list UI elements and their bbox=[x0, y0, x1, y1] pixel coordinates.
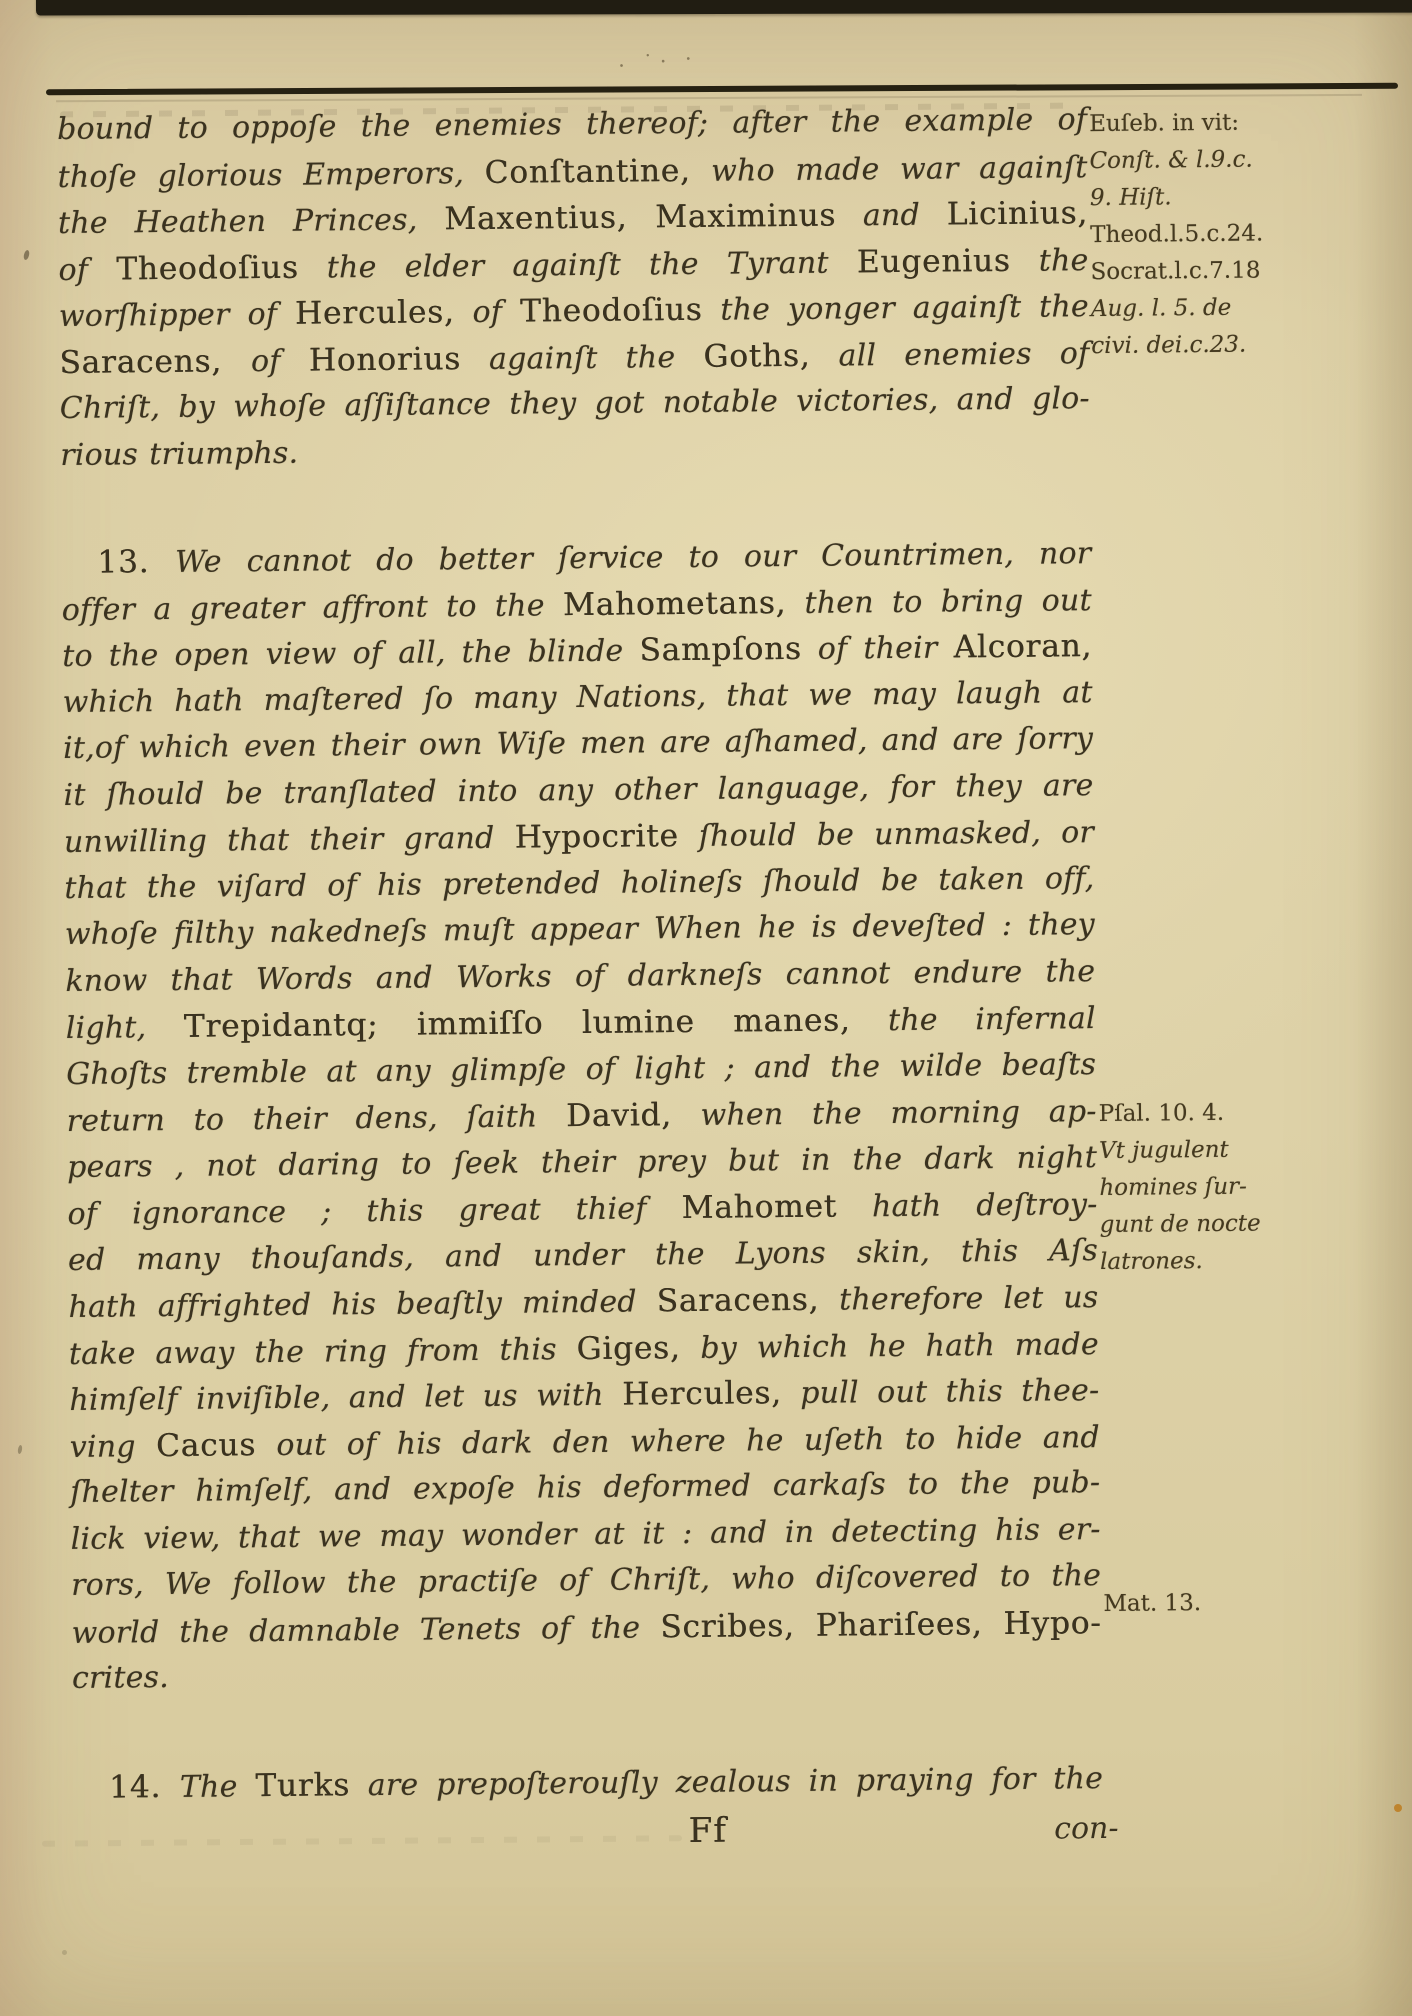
text-segment: hath affrighted his beaſtly minded bbox=[68, 1284, 657, 1325]
text-segment: the infernal bbox=[850, 1001, 1096, 1038]
text-segment: Hypocrite bbox=[514, 818, 678, 856]
text-segment: David, bbox=[566, 1097, 672, 1134]
margin-note-line: Aug. l. 5. de bbox=[1091, 288, 1391, 328]
text-segment: himſelf inviſible, and let us with bbox=[69, 1378, 622, 1418]
text-segment: againſt the bbox=[461, 339, 704, 376]
text-segment: hath deſtroy- bbox=[837, 1187, 1098, 1224]
margin-note-line: Pſal. 10. 4. bbox=[1098, 1093, 1398, 1133]
text-segment: worſhipper of bbox=[59, 297, 295, 334]
margin-note-line: Mat. 13. bbox=[1103, 1583, 1403, 1623]
page-top-edge-bar bbox=[36, 0, 1412, 15]
page-content: bound to oppoſe the enemies thereof; aft… bbox=[57, 99, 1407, 2012]
margin-note: Pſal. 10. 4.Vt jugulenthomines ſur-gunt … bbox=[1098, 1093, 1400, 1281]
text-segment: Sampſons bbox=[639, 631, 802, 669]
text-segment: ſhould be unmasked, or bbox=[679, 815, 1095, 854]
text-segment: and bbox=[836, 197, 947, 233]
text-segment: all enemies of bbox=[810, 336, 1089, 374]
text-segment: offer a greater affront to the bbox=[62, 588, 564, 628]
text-segment: then to bring out bbox=[786, 583, 1092, 621]
text-segment: Trepidantq; immiſſo lumine manes, bbox=[184, 1002, 851, 1044]
text-segment: Scribes, Phariſees, Hypo- bbox=[660, 1605, 1102, 1645]
text-segment: Turks bbox=[255, 1767, 350, 1804]
margin-note-line: Conſt. & l.9.c. bbox=[1089, 140, 1389, 180]
text-segment: Theodoſius bbox=[520, 292, 703, 330]
margin-note-line: latrones. bbox=[1100, 1241, 1400, 1281]
text-segment: the yonger againſt the bbox=[702, 289, 1089, 328]
margin-note: Euſeb. in vit:Conſt. & l.9.c.9. Hiſt.The… bbox=[1089, 103, 1391, 365]
text-segment: Licinius, bbox=[946, 195, 1088, 232]
text-segment: the Heathen Princes, bbox=[58, 202, 444, 241]
text-segment: We cannot do better ſervice to our Count… bbox=[175, 536, 1091, 580]
margin-note-line: gunt de nocte bbox=[1100, 1204, 1400, 1244]
text-line: rious triumphs. bbox=[60, 428, 1090, 484]
text-segment: world the damnable Tenets of the bbox=[71, 1610, 660, 1651]
text-segment: Saracens, bbox=[59, 343, 251, 381]
text-segment: Mahometans, bbox=[563, 585, 787, 623]
text-segment: 13. bbox=[97, 544, 175, 581]
text-segment: who made war againſt bbox=[690, 150, 1087, 189]
text-segment: of bbox=[58, 252, 116, 288]
margin-note-line: Vt jugulent bbox=[1099, 1130, 1399, 1170]
text-segment: light, bbox=[66, 1010, 184, 1046]
book-page-scan: · ˙· · bound to oppoſe the enemies there… bbox=[0, 0, 1412, 2016]
text-segment: rious triumphs. bbox=[60, 435, 298, 472]
text-segment: 14. bbox=[109, 1769, 180, 1806]
text-segment: of their bbox=[802, 630, 954, 666]
text-segment: Saracens, bbox=[656, 1282, 819, 1320]
text-line: crites. bbox=[72, 1651, 1102, 1707]
text-segment: ving bbox=[70, 1429, 157, 1465]
text-segment: Alcoran, bbox=[953, 628, 1092, 665]
header-rule bbox=[46, 83, 1398, 96]
text-segment: of bbox=[251, 343, 309, 379]
margin-note-line: homines ſur- bbox=[1099, 1167, 1399, 1207]
text-segment: when the morning ap- bbox=[672, 1094, 1097, 1133]
text-segment: of ignorance ; this great thief bbox=[67, 1191, 681, 1232]
text-segment: pull out this thee- bbox=[782, 1373, 1100, 1411]
margin-note: Mat. 13. bbox=[1103, 1583, 1403, 1623]
text-segment: take away the ring from this bbox=[69, 1332, 577, 1372]
text-segment: return to their dens, ſaith bbox=[67, 1099, 567, 1139]
ink-speck bbox=[62, 1950, 67, 1955]
text-segment: unwilling that their grand bbox=[64, 821, 515, 860]
ink-speck bbox=[17, 1445, 23, 1455]
margin-notes-column: Euſeb. in vit:Conſt. & l.9.c.9. Hiſt.The… bbox=[1089, 99, 1389, 102]
text-segment: of bbox=[454, 295, 520, 331]
signature-mark: Ff bbox=[688, 1811, 727, 1851]
text-segment: Honorius bbox=[309, 341, 462, 378]
text-segment: Theodoſius bbox=[116, 249, 299, 287]
text-segment: Mahomet bbox=[681, 1189, 837, 1226]
text-segment: Conſtantine, bbox=[484, 152, 690, 190]
text-segment: the elder againſt the Tyrant bbox=[299, 245, 857, 285]
text-segment: by which he hath made bbox=[680, 1327, 1099, 1366]
text-segment: to the open view of all, the blinde bbox=[62, 633, 640, 674]
text-segment: Hercules, bbox=[295, 294, 455, 332]
text-segment: the bbox=[1010, 243, 1088, 279]
margin-note-line: Euſeb. in vit: bbox=[1089, 103, 1389, 143]
paragraph: bound to oppoſe the enemies thereof; aft… bbox=[57, 102, 1091, 484]
text-segment: Goths, bbox=[703, 337, 810, 374]
main-text-column: bound to oppoſe the enemies thereof; aft… bbox=[57, 102, 1105, 2012]
text-segment: Hercules, bbox=[622, 1375, 782, 1413]
catchword: con- bbox=[1054, 1811, 1119, 1847]
margin-note-line: civi. dei.c.23. bbox=[1091, 325, 1391, 365]
margin-note-line: Theod.l.5.c.24. bbox=[1090, 214, 1390, 254]
margin-note-line: Socrat.l.c.7.18 bbox=[1090, 251, 1390, 291]
text-segment: bound to oppoſe the enemies thereof; aft… bbox=[57, 102, 1087, 147]
paragraph: 13. We cannot do better ſervice to our C… bbox=[61, 535, 1102, 1707]
text-segment: Cacus bbox=[156, 1427, 256, 1464]
margin-note-line: 9. Hiſt. bbox=[1090, 177, 1390, 217]
text-segment: crites. bbox=[72, 1660, 169, 1696]
ink-bleed-dots: · ˙· · bbox=[617, 46, 699, 78]
text-segment: therefore let us bbox=[819, 1280, 1099, 1318]
ink-speck bbox=[23, 250, 30, 261]
text-segment: Maxentius, Maximinus bbox=[444, 198, 836, 238]
text-segment: thoſe glorious Emperors, bbox=[57, 155, 484, 194]
text-segment: Eugenius bbox=[857, 242, 1011, 279]
text-segment: The bbox=[180, 1769, 256, 1805]
text-segment: out of his dark den where he uſeth to hi… bbox=[256, 1420, 1100, 1463]
text-segment: Giges, bbox=[576, 1330, 680, 1367]
text-segment: are prepoſterouſly zealous in praying fo… bbox=[350, 1761, 1103, 1803]
